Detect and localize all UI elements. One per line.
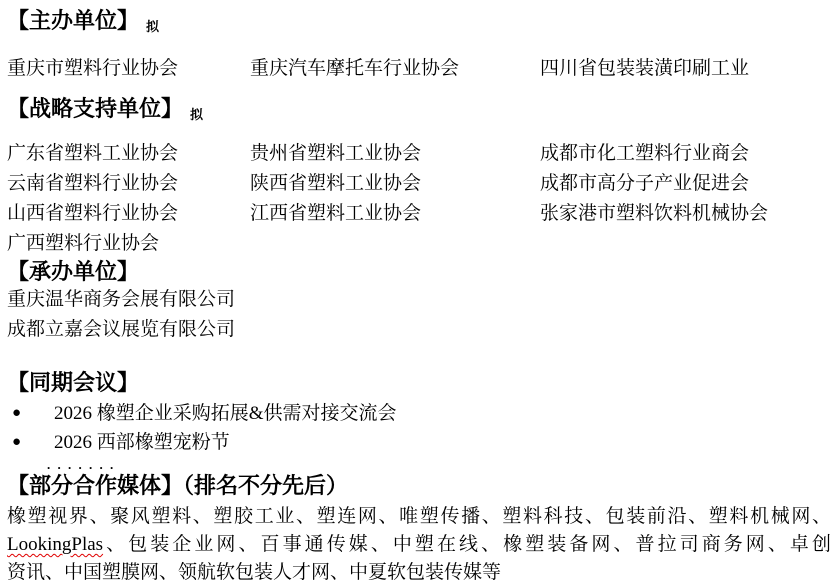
strategic-org: 云南省塑料行业协会 bbox=[7, 169, 250, 199]
media-line: 资讯、中国塑膜网、领航软包装人才网、中夏软包装传媒等 bbox=[7, 559, 831, 582]
ellipsis-placeholder: . . . . . . . bbox=[47, 457, 831, 473]
strategic-org-row: 山西省塑料行业协会 江西省塑料工业协会 张家港市塑料饮料机械协会 bbox=[7, 199, 831, 229]
bullet-icon: ● bbox=[12, 428, 54, 457]
media-line: 橡塑视界、聚风塑料、塑胶工业、塑连网、唯塑传播、塑料科技、包装前沿、塑料机械网、 bbox=[7, 503, 831, 531]
host-org: 重庆汽车摩托车行业协会 bbox=[250, 54, 540, 84]
strategic-org: 广西塑料行业协会 bbox=[7, 229, 250, 259]
strategic-heading: 【战略支持单位】拟 bbox=[7, 96, 831, 125]
strategic-org bbox=[250, 229, 540, 259]
media-paragraph: 橡塑视界、聚风塑料、塑胶工业、塑连网、唯塑传播、塑料科技、包装前沿、塑料机械网、… bbox=[7, 503, 831, 582]
organizer-company: 重庆温华商务会展有限公司 bbox=[7, 285, 831, 315]
media-heading: 【部分合作媒体】（排名不分先后） bbox=[7, 473, 831, 499]
media-line-rest: 、包装企业网、百事通传媒、中塑在线、橡塑装备网、普拉司商务网、卓创 bbox=[103, 534, 831, 555]
tentative-note: 拟 bbox=[190, 107, 203, 122]
media-heading-suffix: （排名不分先后） bbox=[183, 473, 348, 498]
hosts-heading-text: 【主办单位】 bbox=[7, 8, 139, 33]
hosts-org-row: 重庆市塑料行业协会 重庆汽车摩托车行业协会 四川省包装装潢印刷工业 bbox=[7, 54, 831, 84]
strategic-org: 贵州省塑料工业协会 bbox=[250, 139, 540, 169]
host-org: 四川省包装装潢印刷工业 bbox=[540, 54, 831, 84]
organizer-company: 成都立嘉会议展览有限公司 bbox=[7, 315, 831, 345]
media-heading-text: 【部分合作媒体】 bbox=[7, 473, 183, 498]
strategic-org-row: 云南省塑料行业协会 陕西省塑料工业协会 成都市高分子产业促进会 bbox=[7, 169, 831, 199]
strategic-org-grid: 广东省塑料工业协会 贵州省塑料工业协会 成都市化工塑料行业商会 云南省塑料行业协… bbox=[7, 139, 831, 259]
concurrent-event-label: 2026 西部橡塑宠粉节 bbox=[54, 428, 230, 457]
list-item: ● 2026 西部橡塑宠粉节 bbox=[7, 428, 831, 457]
strategic-org: 成都市高分子产业促进会 bbox=[540, 169, 831, 199]
concurrent-heading: 【同期会议】 bbox=[7, 370, 831, 396]
strategic-org: 山西省塑料行业协会 bbox=[7, 199, 250, 229]
host-org: 重庆市塑料行业协会 bbox=[7, 54, 250, 84]
strategic-org-row: 广东省塑料工业协会 贵州省塑料工业协会 成都市化工塑料行业商会 bbox=[7, 139, 831, 169]
spellchecked-word: LookingPlas bbox=[7, 534, 103, 555]
strategic-org: 江西省塑料工业协会 bbox=[250, 199, 540, 229]
organizers-heading: 【承办单位】 bbox=[7, 259, 831, 285]
concurrent-event-list: ● 2026 橡塑企业采购拓展&供需对接交流会 ● 2026 西部橡塑宠粉节 bbox=[7, 399, 831, 457]
strategic-org-row: 广西塑料行业协会 bbox=[7, 229, 831, 259]
strategic-heading-text: 【战略支持单位】 bbox=[7, 96, 183, 121]
tentative-note: 拟 bbox=[146, 19, 159, 34]
concurrent-event-label: 2026 橡塑企业采购拓展&供需对接交流会 bbox=[54, 399, 397, 428]
list-item: ● 2026 橡塑企业采购拓展&供需对接交流会 bbox=[7, 399, 831, 428]
strategic-org: 成都市化工塑料行业商会 bbox=[540, 139, 831, 169]
strategic-org: 陕西省塑料工业协会 bbox=[250, 169, 540, 199]
strategic-org: 广东省塑料工业协会 bbox=[7, 139, 250, 169]
strategic-org: 张家港市塑料饮料机械协会 bbox=[540, 199, 831, 229]
hosts-heading: 【主办单位】拟 bbox=[7, 8, 831, 37]
document-page: 【主办单位】拟 重庆市塑料行业协会 重庆汽车摩托车行业协会 四川省包装装潢印刷工… bbox=[0, 0, 839, 582]
media-line: LookingPlas、包装企业网、百事通传媒、中塑在线、橡塑装备网、普拉司商务… bbox=[7, 531, 831, 559]
bullet-icon: ● bbox=[12, 399, 54, 428]
strategic-org bbox=[540, 229, 831, 259]
